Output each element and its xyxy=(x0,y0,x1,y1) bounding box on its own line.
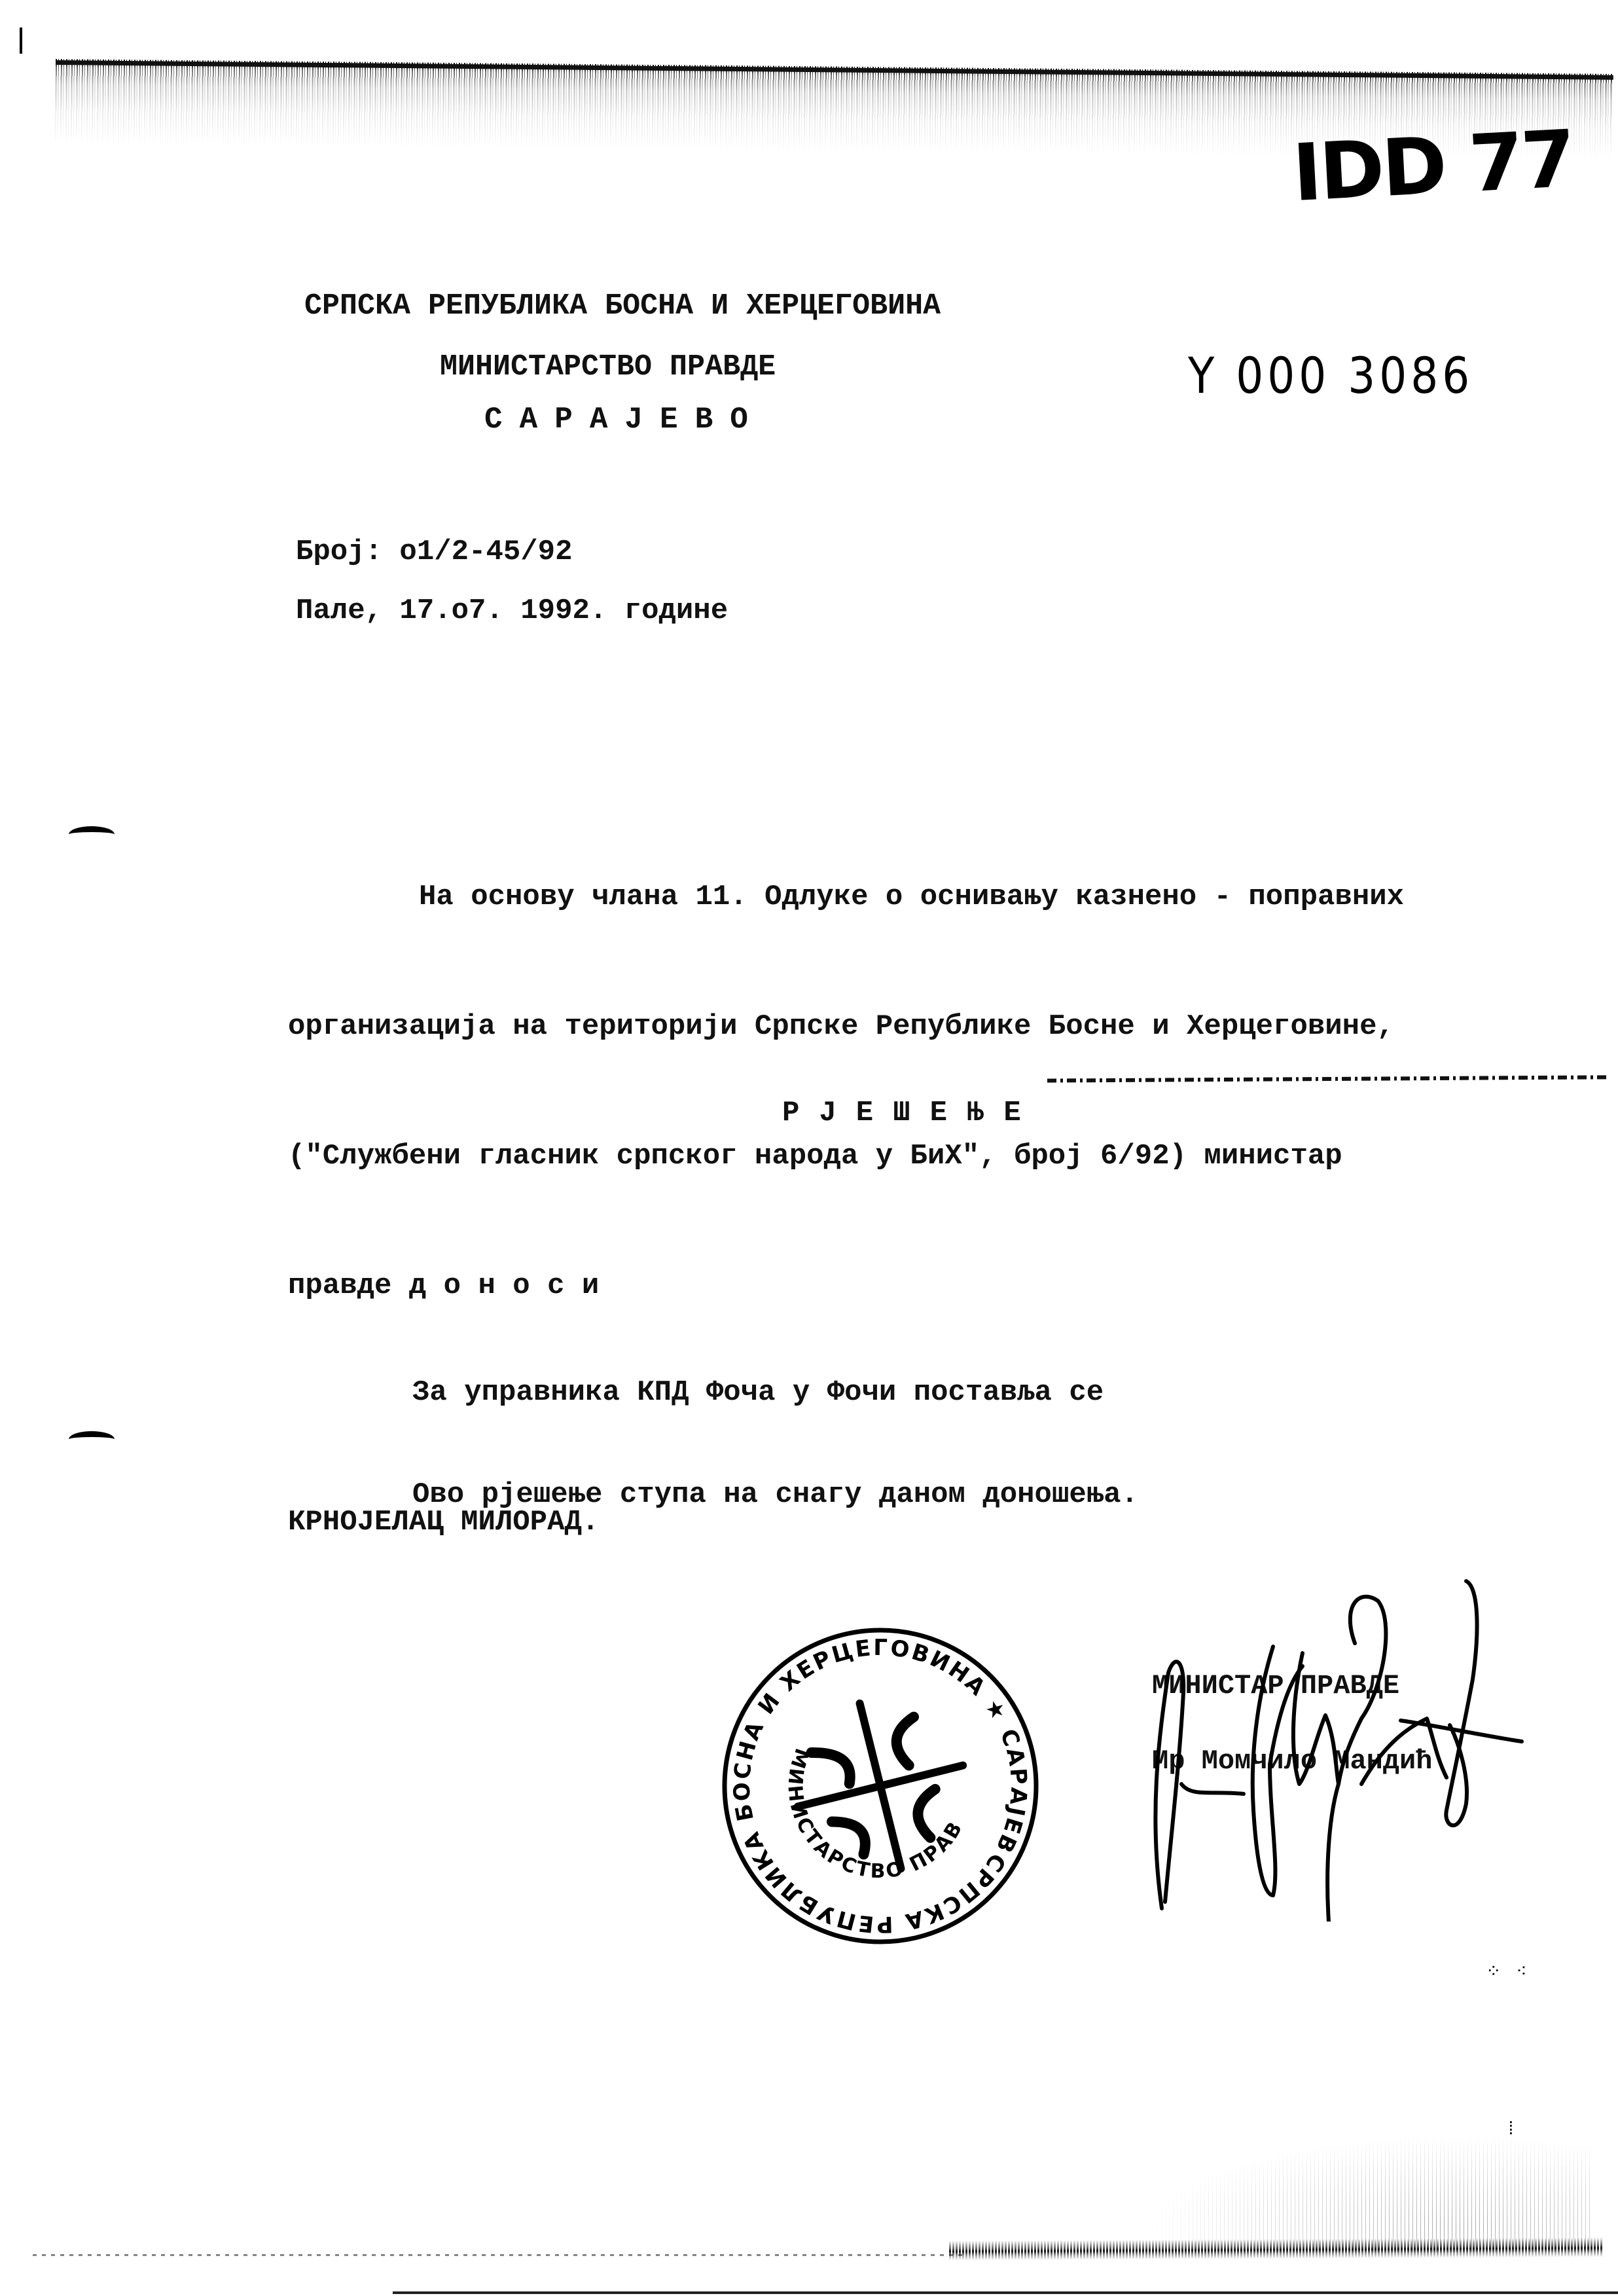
effective-clause: Ово рјешење ступа на снагу даном доношењ… xyxy=(412,1478,1138,1511)
preamble-line: организација на територији Српске Републ… xyxy=(288,1005,1404,1048)
signatory-title: МИНИСТАР ПРАВДЕ xyxy=(1152,1670,1399,1702)
preamble-line: На основу члана 11. Одлуке о оснивању ка… xyxy=(288,875,1404,919)
document-title: РЈЕШЕЊЕ xyxy=(782,1097,1041,1129)
handwritten-signature xyxy=(1139,1568,1558,1922)
serbian-cross-icon xyxy=(777,1683,983,1889)
scan-speckle: ⁘ ⁖ xyxy=(1486,1964,1529,1982)
hole-punch-mark xyxy=(69,1431,115,1448)
place-and-date: Пале, 17.о7. 1992. године xyxy=(296,594,728,627)
official-seal: СРПСКА РЕПУБЛИКА БОСНА И ХЕРЦЕГОВИНА ★ С… xyxy=(717,1622,1044,1950)
scan-noise-bottom xyxy=(1145,2134,1591,2252)
scan-edge-mark xyxy=(20,27,22,54)
handwritten-id: IDD 77 xyxy=(1291,114,1575,219)
decision-line: За управника КПД Фоча у Фочи поставља се xyxy=(288,1371,1104,1414)
scan-edge-bottom-line xyxy=(393,2291,1618,2294)
scan-noise-bottom-band xyxy=(949,2237,1604,2260)
document-stamp-number: Y 000 3086 xyxy=(1188,347,1473,405)
scanned-document-page: ⁘ ⁖ ⁞ IDD 77 Y 000 3086 СРПСКА РЕПУБЛИКА… xyxy=(0,0,1618,2296)
decision-paragraph: За управника КПД Фоча у Фочи поставља се… xyxy=(288,1285,1104,1630)
hole-punch-mark xyxy=(69,826,115,843)
preamble-line: ("Службени гласник српског народа у БиХ"… xyxy=(288,1135,1404,1178)
signatory-name: Мр Момчило Мандић xyxy=(1152,1745,1432,1777)
letterhead-ministry: МИНИСТАРСТВО ПРАВДЕ xyxy=(440,350,776,384)
letterhead-city: САРАЈЕВО xyxy=(484,403,765,437)
reference-number: Број: о1/2-45/92 xyxy=(296,536,572,568)
scan-edge-bottom xyxy=(33,2254,962,2256)
letterhead-state: СРПСКА РЕПУБЛИКА БОСНА И ХЕРЦЕГОВИНА xyxy=(304,289,941,323)
